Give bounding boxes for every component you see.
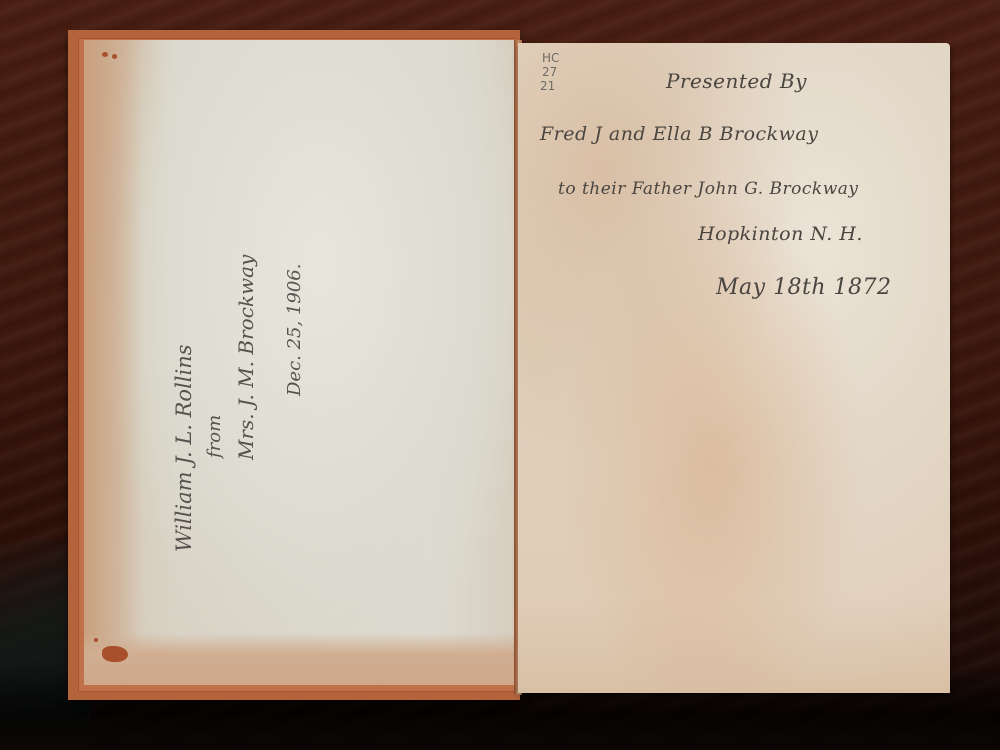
inscription-date-left: Dec. 25, 1906. — [284, 264, 305, 397]
inscription-place: Hopkinton N. H. — [698, 223, 863, 245]
pencil-note-1: HC — [542, 51, 559, 65]
inscription-recipient: William J. L. Rollins — [172, 344, 196, 552]
age-stain-left — [84, 40, 142, 685]
flyleaf-page: HC 27 21 Presented By Fred J and Ella B … — [518, 43, 950, 693]
inscription-giver: Mrs. J. M. Brockway — [234, 255, 258, 460]
age-stain-bottom — [84, 633, 514, 685]
inscription-presenters: Fred J and Ella B Brockway — [540, 123, 819, 145]
stain-spot — [94, 638, 98, 642]
inscription-heading: Presented By — [666, 69, 807, 93]
stain-spot — [102, 646, 128, 662]
pencil-note-3: 21 — [540, 79, 555, 93]
inscription-date-right: May 18th 1872 — [716, 275, 892, 300]
pencil-note-2: 27 — [542, 65, 557, 79]
pastedown-endpaper: William J. L. Rollins from Mrs. J. M. Br… — [84, 40, 514, 685]
inscription-from: from — [204, 415, 225, 458]
inscription-recipient-right: to their Father John G. Brockway — [558, 179, 859, 199]
stain-spot — [102, 52, 108, 57]
stain-spot — [112, 54, 117, 59]
